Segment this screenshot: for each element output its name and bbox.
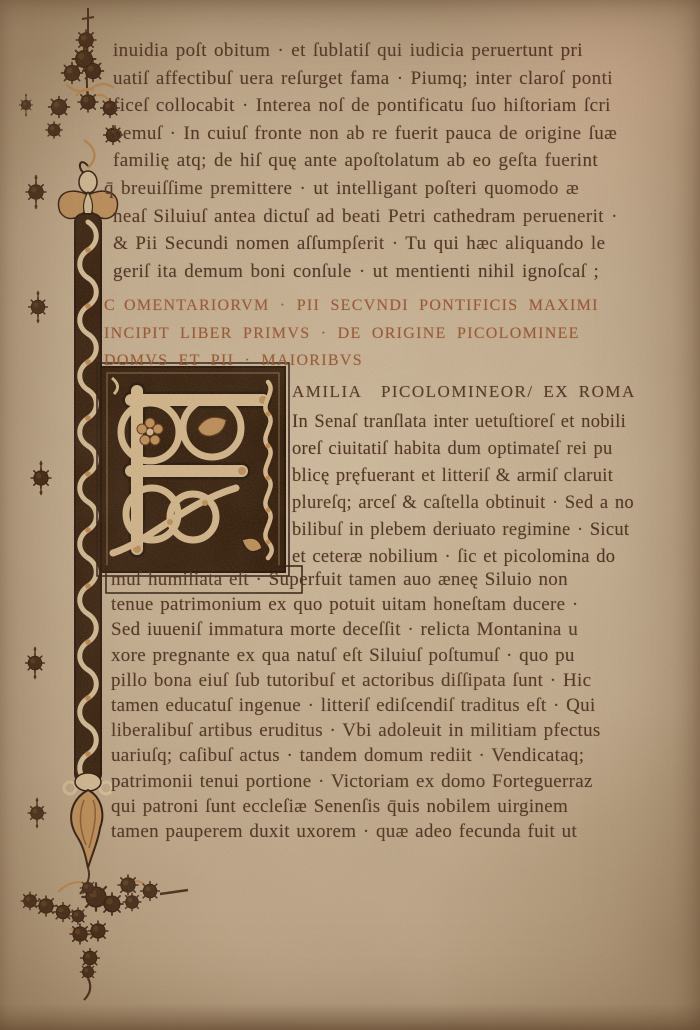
opening-capitals: AMILIA PICOLOMINEOR/ EX ROMA [292, 382, 636, 402]
manuscript-line: bilibuſ in plebem deriuato regimine · Si… [292, 517, 634, 544]
manuscript-line: Sed iuueniſ immatura morte deceſſit · re… [111, 617, 601, 642]
wrapped-text-block: In Senaſ tranſlata inter uetuſtioreſ et … [292, 409, 634, 572]
intro-paragraph: inuidia poſt obitum · et ſublatiſ qui iu… [113, 37, 618, 285]
manuscript-line: oreſ ciuitatiſ habita dum optimateſ rei … [292, 436, 634, 463]
manuscript-line: blicę pręfuerant et litteriſ & armiſ cla… [292, 463, 634, 490]
manuscript-line: xore pregnante ex qua natuſ eſt Siluiuſ … [111, 643, 601, 668]
manuscript-line: ficeſ collocabit · Interea noſ de pontif… [113, 92, 618, 120]
manuscript-line: In Senaſ tranſlata inter uetuſtioreſ et … [292, 409, 634, 436]
rubric-initial: C [104, 297, 116, 314]
top-berry-spray-ornament [46, 8, 123, 168]
rubric-line-text: OMENTARIORVM · PII SECVNDI PONTIFICIS MA… [124, 297, 599, 314]
rubric-line: DOMVS ET PII · MAIORIBVS [104, 347, 599, 375]
manuscript-line: bemuſ · In cuiuſ fronte non ab re fuerit… [113, 120, 618, 148]
manuscript-line: uatiſ affectibuſ uera reſurget fama · Pi… [113, 65, 618, 93]
manuscript-page: F inuidia poſt obitum · et ſublatiſ qui … [0, 0, 700, 1030]
manuscript-line: tenue patrimonium ex quo potuit uitam ho… [111, 592, 601, 617]
manuscript-line: AMILIA PICOLOMINEOR/ EX ROMA [292, 382, 636, 402]
illuminated-initial-f-panel [97, 363, 302, 593]
manuscript-line: familię atq; de hiſ quę ante apoſtolatum… [113, 147, 618, 175]
bottom-berry-cluster-ornament [21, 875, 188, 1000]
manuscript-line: geriſ ita demum boni conſule · ut mentie… [113, 258, 618, 286]
manuscript-line: tamen pauperem duxit uxorem · quæ adeo f… [111, 819, 601, 844]
main-text-block: muſ humiliata eſt · Superfuit tamen auo … [111, 567, 601, 844]
manuscript-line: tamen educatuſ ingenue · litteriſ ediſce… [111, 693, 601, 718]
rubric-line: INCIPIT LIBER PRIMVS · DE ORIGINE PICOLO… [104, 320, 599, 348]
manuscript-line: patrimonii tenui portione · Victoriam ex… [111, 769, 601, 794]
manuscript-line: liberalibuſ artibus eruditus · Vbi adole… [111, 718, 601, 743]
manuscript-line: q̄ breuiſſime premittere · ut intelligan… [104, 175, 618, 203]
manuscript-line: pillo bona eiuſ ſub tutoribuſ et actorib… [111, 668, 601, 693]
manuscript-line: neaſ Siluiuſ antea dictuſ ad beati Petri… [113, 203, 618, 231]
manuscript-line: & Pii Secundi nomen aſſumpſerit · Tu qui… [113, 230, 618, 258]
manuscript-line: inuidia poſt obitum · et ſublatiſ qui iu… [113, 37, 618, 65]
border-bottom-tassel [64, 773, 112, 894]
manuscript-line: qui patroni ſunt eccleſiæ Senenſis q̄uis… [111, 794, 601, 819]
manuscript-line: plureſq; arceſ & caſtella obtinuit · Sed… [292, 490, 634, 517]
rubric-line: COMENTARIORVM · PII SECVNDI PONTIFICIS M… [104, 292, 599, 320]
rubric-heading: COMENTARIORVM · PII SECVNDI PONTIFICIS M… [104, 292, 599, 375]
manuscript-line: uariuſq; caſibuſ actus · tandem domum re… [111, 743, 601, 768]
manuscript-line: muſ humiliata eſt · Superfuit tamen auo … [111, 567, 601, 592]
